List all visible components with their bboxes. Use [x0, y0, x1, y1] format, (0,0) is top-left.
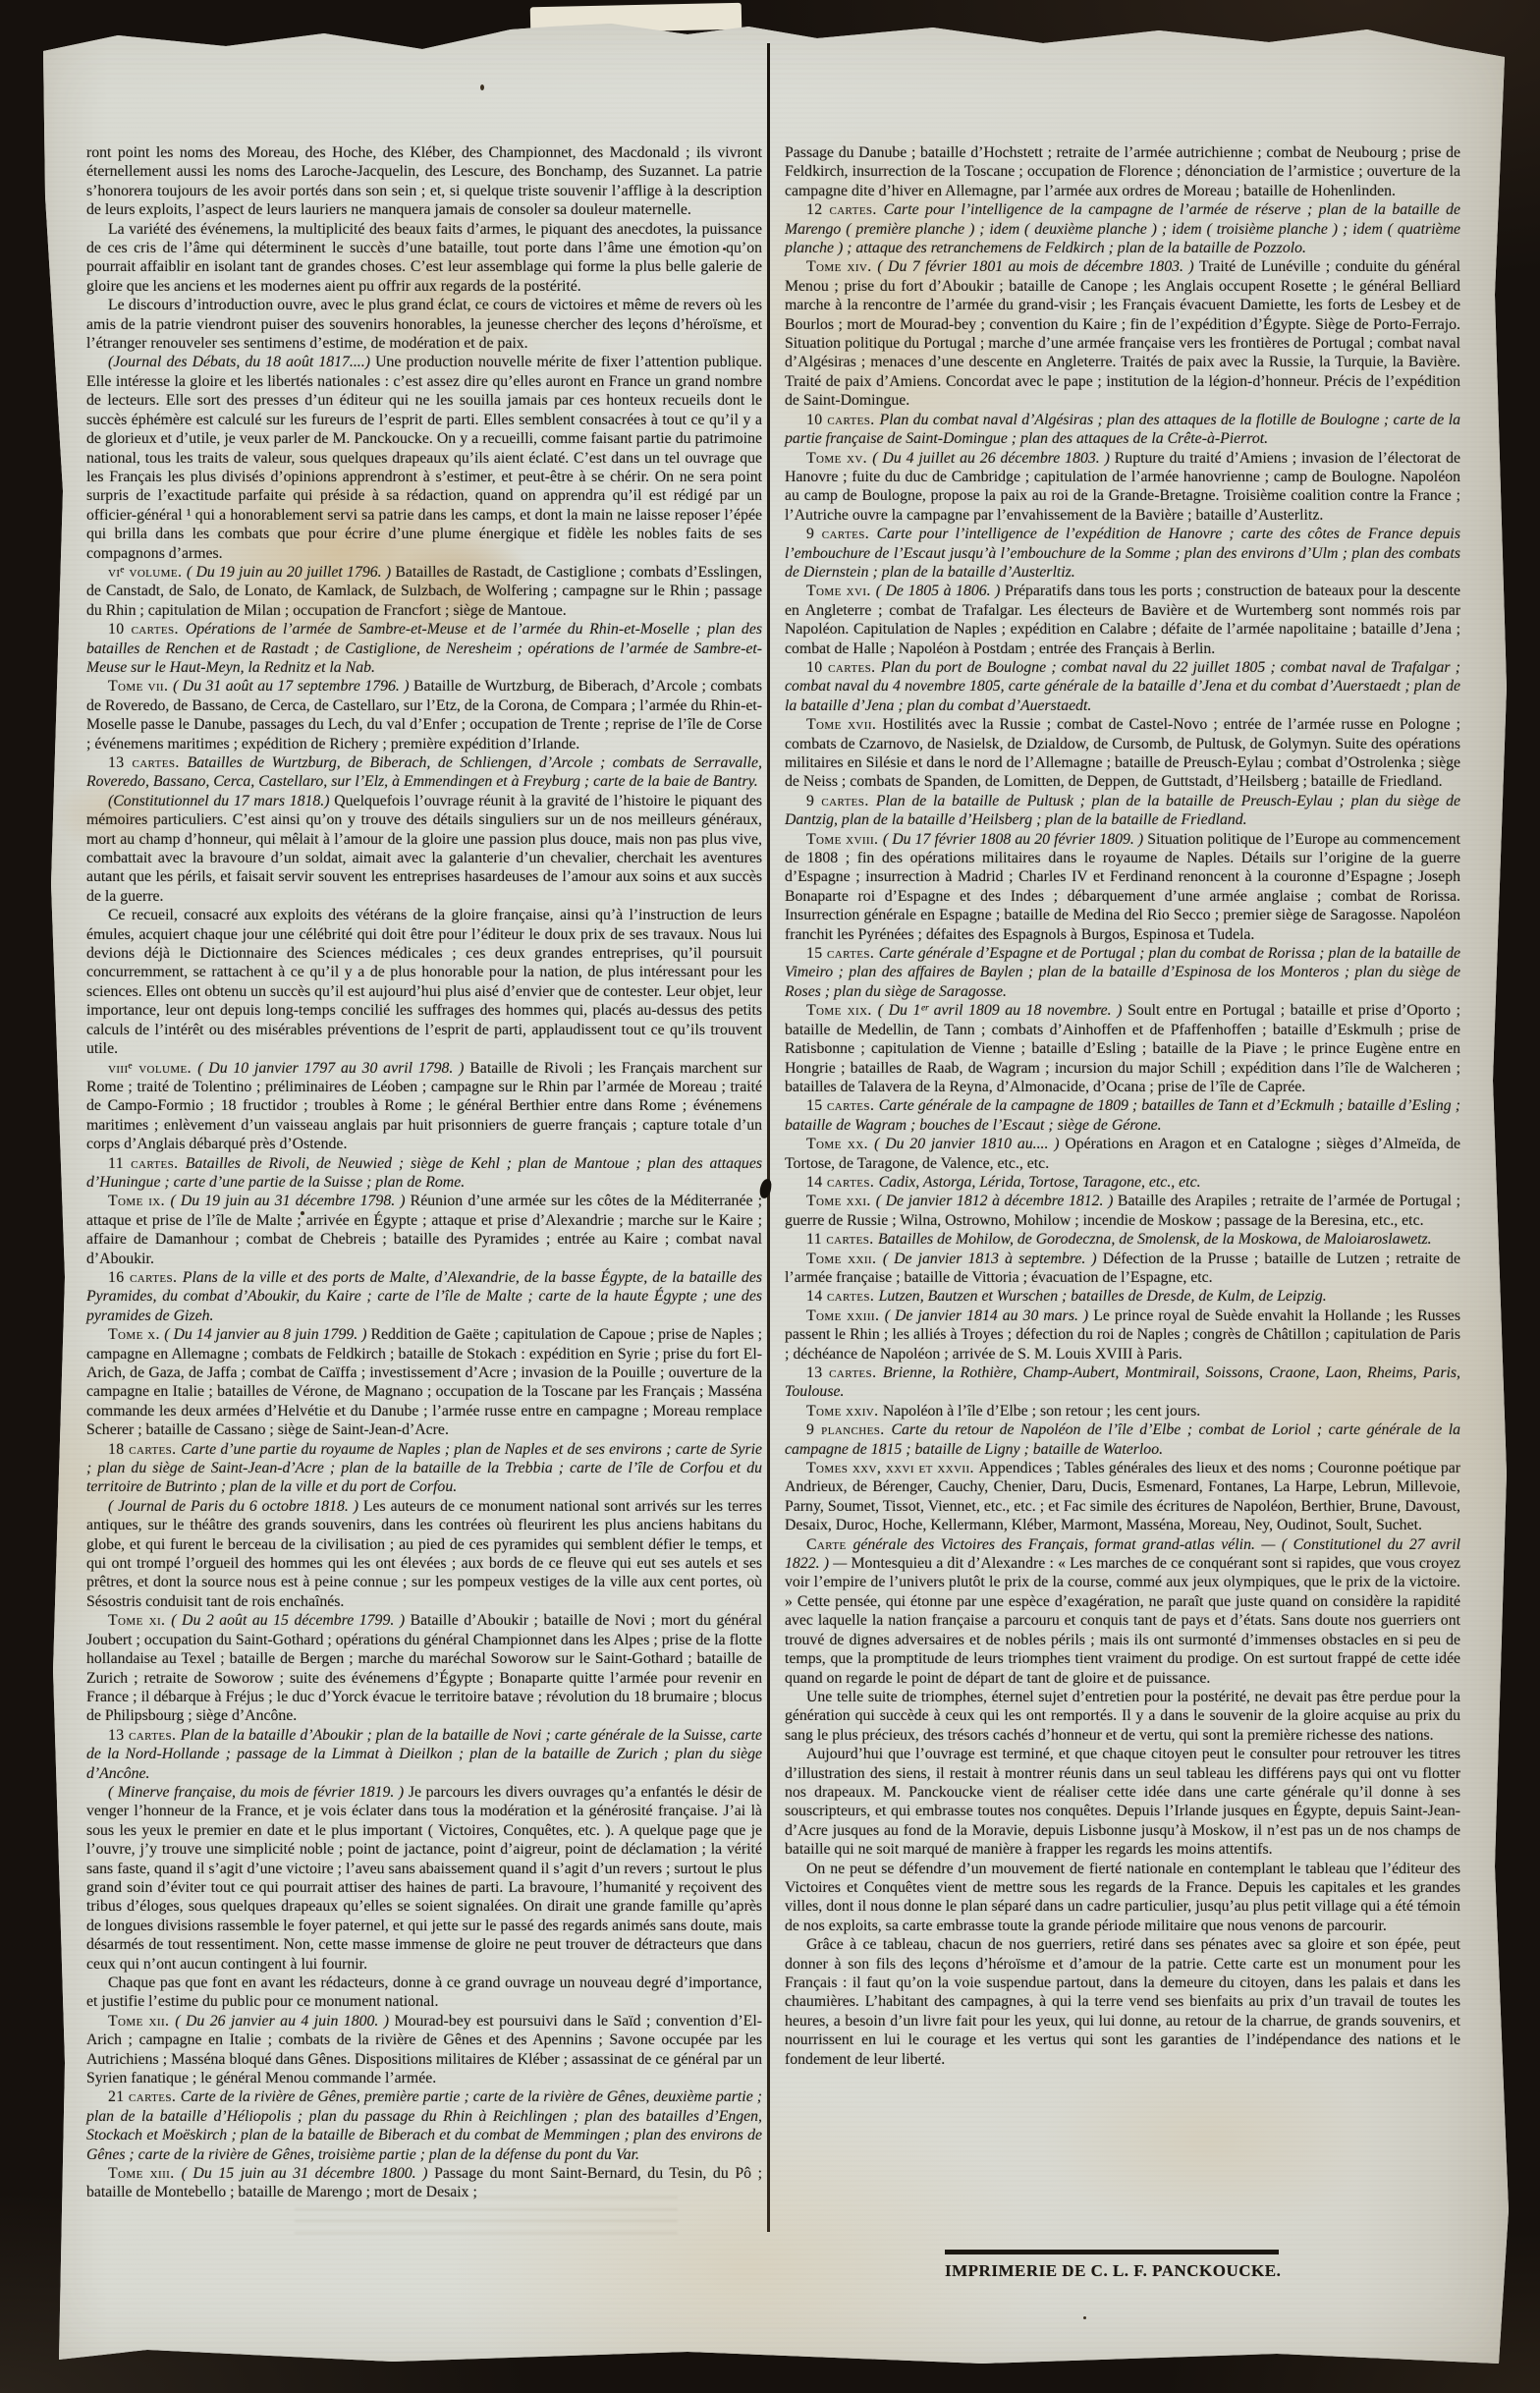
- paragraph: Tome xii.( Du 26 janvier au 4 juin 1800.…: [86, 2012, 762, 2088]
- paragraph: 10 cartes.Opérations de l’armée de Sambr…: [86, 620, 762, 677]
- paragraph-citation: ( Journal de Paris du 6 octobre 1818. ): [108, 1498, 363, 1515]
- paper-speck: [301, 1211, 304, 1215]
- paragraph: (Journal des Débats, du 18 août 1817....…: [86, 353, 762, 562]
- paragraph-lead: Tome xvii.: [806, 716, 883, 733]
- paragraph-lead: Tome xiii.: [108, 2165, 182, 2182]
- paragraph-lead: 14 cartes.: [806, 1174, 879, 1191]
- scanned-document-background: { "document": { "colors": { "paper": "#d…: [0, 0, 1540, 2393]
- paragraph-lead: 15 cartes.: [806, 1097, 879, 1114]
- paragraph: La variété des événemens, la multiplicit…: [86, 220, 762, 297]
- paragraph: Grâce à ce tableau, chacun de nos guerri…: [785, 1935, 1460, 2069]
- paragraph-citation: (Journal des Débats, du 18 août 1817....…: [108, 354, 375, 370]
- paragraph-citation: ( Du 26 janvier au 4 juin 1800. ): [175, 2013, 394, 2030]
- paragraph-lead: 14 cartes.: [806, 1288, 879, 1305]
- paragraph-citation: ( Du 10 janvier 1797 au 30 avril 1798. ): [197, 1060, 469, 1077]
- paragraph-lead: Tome xv.: [806, 450, 872, 467]
- paragraph-body: ront point les noms des Moreau, des Hoch…: [86, 144, 762, 218]
- paragraph-lead: 13 cartes.: [108, 1727, 181, 1744]
- paragraph: 10 cartes.Plan du port de Boulogne ; com…: [785, 658, 1460, 715]
- paragraph-citation: ( Du 1ᵉʳ avril 1809 au 18 novembre. ): [878, 1002, 1127, 1019]
- paragraph: ( Journal de Paris du 6 octobre 1818. )L…: [86, 1497, 762, 1611]
- paragraph-citation: ( De 1805 à 1806. ): [876, 583, 1005, 599]
- paragraph: 16 cartes.Plans de la ville et des ports…: [86, 1268, 762, 1325]
- paragraph: 15 cartes.Carte générale d’Espagne et de…: [785, 944, 1460, 1001]
- paragraph-lead: Tome x.: [108, 1326, 164, 1343]
- paragraph: Tome xi.( Du 2 août au 15 décembre 1799.…: [86, 1611, 762, 1725]
- paragraph: Tome vii.( Du 31 août au 17 septembre 17…: [86, 677, 762, 753]
- paragraph: ront point les noms des Moreau, des Hoch…: [86, 143, 762, 220]
- paragraph-citation: ( Du 14 janvier au 8 juin 1799. ): [164, 1326, 370, 1343]
- paragraph: Tome ix.( Du 19 juin au 31 décembre 1798…: [86, 1192, 762, 1268]
- paragraph: 14 cartes.Lutzen, Bautzen et Wurschen ; …: [785, 1287, 1460, 1306]
- paragraph-citation: ( De janvier 1814 au 30 mars. ): [885, 1308, 1093, 1324]
- paragraph-citation: ( De janvier 1813 à septembre. ): [883, 1251, 1103, 1267]
- paragraph-lead: Tome xiv.: [806, 258, 877, 275]
- newspaper-page: ront point les noms des Moreau, des Hoch…: [0, 0, 1540, 2393]
- paragraph-lead: 10 cartes.: [806, 659, 881, 676]
- paragraph: Cartegénérale des Victoires des Français…: [785, 1535, 1460, 1688]
- printer-imprint: IMPRIMERIE DE C. L. F. PANCKOUCKE.: [945, 2250, 1279, 2281]
- paragraph-lead: 15 cartes.: [806, 945, 879, 962]
- paragraph: Chaque pas que font en avant les rédacte…: [86, 1974, 762, 2012]
- column-divider-rule: [767, 43, 770, 2232]
- paragraph-body: La variété des événemens, la multiplicit…: [86, 221, 762, 295]
- paragraph-body: Batailles de Wurtzburg, de Biberach, de …: [86, 754, 762, 790]
- paper-speck: [480, 84, 484, 90]
- paragraph: 13 cartes.Plan de la bataille d’Aboukir …: [86, 1726, 762, 1783]
- paragraph-lead: 21 cartes.: [108, 2088, 181, 2105]
- paragraph-citation: ( Du 15 juin au 31 décembre 1800. ): [182, 2165, 435, 2182]
- paragraph-lead: 9 cartes.: [806, 793, 876, 809]
- right-text-column: Passage du Danube ; bataille d’Hochstett…: [785, 143, 1460, 2069]
- paragraph: Tome xxi.( De janvier 1812 à décembre 18…: [785, 1192, 1460, 1230]
- paragraph-body: Plans de la ville et des ports de Malte,…: [86, 1269, 762, 1324]
- paragraph: 11 cartes.Batailles de Mohilow, de Gorod…: [785, 1230, 1460, 1249]
- paragraph-body: Plan du combat naval d’Algésiras ; plan …: [785, 412, 1460, 447]
- paragraph-lead: 10 cartes.: [108, 621, 186, 638]
- paragraph-body: Carte pour l’intelligence de l’expéditio…: [785, 526, 1460, 581]
- paragraph-lead: 13 cartes.: [806, 1364, 883, 1381]
- paragraph: 15 cartes.Carte générale de la campagne …: [785, 1096, 1460, 1135]
- paragraph: Tome xv.( Du 4 juillet au 26 décembre 18…: [785, 449, 1460, 526]
- paragraph: 12 cartes.Carte pour l’intelligence de l…: [785, 200, 1460, 257]
- paragraph: Tome xiv.( Du 7 février 1801 au mois de …: [785, 257, 1460, 410]
- paragraph-citation: ( Du 19 juin au 31 décembre 1798. ): [170, 1193, 410, 1209]
- paragraph-body: Chaque pas que font en avant les rédacte…: [86, 1975, 762, 2010]
- paragraph: Tome xvi.( De 1805 à 1806. )Préparatifs …: [785, 582, 1460, 658]
- paragraph-body: Traité de Lunéville ; conduite du généra…: [785, 258, 1460, 409]
- paragraph-lead: Tome xxi.: [806, 1193, 876, 1209]
- paragraph-lead: Carte: [806, 1536, 852, 1553]
- paragraph: 11 cartes.Batailles de Rivoli, de Neuwie…: [86, 1154, 762, 1193]
- paragraph-body: On ne peut se défendre d’un mouvement de…: [785, 1861, 1460, 1934]
- paragraph-lead: Tome xviii.: [806, 831, 883, 848]
- paragraph-lead: Tome vii.: [108, 678, 173, 695]
- paragraph-body: Lutzen, Bautzen et Wurschen ; batailles …: [879, 1288, 1327, 1305]
- paragraph: 9 cartes.Plan de la bataille de Pultusk …: [785, 792, 1460, 830]
- paragraph-body: Napoléon à l’île d’Elbe ; son retour ; l…: [883, 1403, 1200, 1419]
- paragraph: ( Minerve française, du mois de février …: [86, 1783, 762, 1974]
- paragraph-body: Cadix, Astorga, Lérida, Tortose, Taragon…: [879, 1174, 1201, 1191]
- imprint-text: IMPRIMERIE DE C. L. F. PANCKOUCKE.: [945, 2261, 1279, 2281]
- paragraph-body: Batailles de Mohilow, de Gorodeczna, de …: [878, 1231, 1432, 1248]
- paragraph: Tome xxiii.( De janvier 1814 au 30 mars.…: [785, 1307, 1460, 1363]
- paragraph: 14 cartes.Cadix, Astorga, Lérida, Tortos…: [785, 1173, 1460, 1192]
- paragraph-lead: Tome xvi.: [806, 583, 876, 599]
- paragraph: On ne peut se défendre d’un mouvement de…: [785, 1860, 1460, 1936]
- paragraph-lead: viiiᵉ volume.: [108, 1060, 197, 1077]
- paragraph-lead: 11 cartes.: [108, 1155, 186, 1172]
- paragraph-lead: Tome xi.: [108, 1612, 171, 1629]
- paragraph: Tomes xxv, xxvi et xxvii.Appendices ; Ta…: [785, 1459, 1460, 1535]
- paragraph-citation: (Constitutionnel du 17 mars 1818.): [108, 793, 334, 809]
- paragraph-lead: 11 cartes.: [806, 1231, 878, 1248]
- paragraph-body: Passage du Danube ; bataille d’Hochstett…: [785, 144, 1460, 199]
- paragraph: Une telle suite de triomphes, éternel su…: [785, 1688, 1460, 1745]
- paragraph-lead: Tomes xxv, xxvi et xxvii.: [806, 1460, 979, 1476]
- paragraph-citation: ( De janvier 1812 à décembre 1812. ): [876, 1193, 1118, 1209]
- paragraph-citation: ( Du 31 août au 17 septembre 1796. ): [173, 678, 413, 695]
- paragraph: Ce recueil, consacré aux exploits des vé…: [86, 906, 762, 1058]
- paragraph-body: Carte générale d’Espagne et de Portugal …: [785, 945, 1460, 1000]
- paragraph-body: Ce recueil, consacré aux exploits des vé…: [86, 907, 762, 1057]
- show-through-ghost-text: [295, 2189, 678, 2234]
- paragraph-body: Plan de la bataille de Pultusk ; plan de…: [785, 793, 1460, 828]
- paragraph-body: Carte d’une partie du royaume de Naples …: [86, 1441, 762, 1496]
- paper-speck: [1083, 2316, 1086, 2319]
- paragraph: Passage du Danube ; bataille d’Hochstett…: [785, 143, 1460, 200]
- paragraph-body: Brienne, la Rothière, Champ-Aubert, Mont…: [785, 1364, 1460, 1400]
- paragraph-citation: ( Du 19 juin au 20 juillet 1796. ): [187, 564, 395, 581]
- paragraph-lead: Tome xxiii.: [806, 1308, 885, 1324]
- paragraph-citation: ( Du 17 février 1808 au 20 février 1809.…: [883, 831, 1147, 848]
- paragraph: Le discours d’introduction ouvre, avec l…: [86, 296, 762, 353]
- paragraph-body: Bataille d’Aboukir ; bataille de Novi ; …: [86, 1612, 762, 1724]
- paragraph: viiiᵉ volume.( Du 10 janvier 1797 au 30 …: [86, 1059, 762, 1154]
- paragraph: 13 cartes.Batailles de Wurtzburg, de Bib…: [86, 753, 762, 792]
- paragraph-body: Batailles de Rivoli, de Neuwied ; siège …: [86, 1155, 762, 1191]
- paragraph-lead: Tome xxii.: [806, 1251, 883, 1267]
- paragraph-body: Carte de la rivière de Gênes, première p…: [86, 2088, 762, 2162]
- paragraph-citation: ( Du 7 février 1801 au mois de décembre …: [877, 258, 1199, 275]
- paragraph-body: Plan de la bataille d’Aboukir ; plan de …: [86, 1727, 762, 1782]
- paragraph-lead: 10 cartes.: [806, 412, 879, 428]
- paragraph-lead: viᵉ volume.: [108, 564, 187, 581]
- paragraph-body: Aujourd’hui que l’ouvrage est terminé, e…: [785, 1746, 1460, 1858]
- paragraph-lead: 12 cartes.: [806, 201, 884, 218]
- imprint-rule: [945, 2250, 1279, 2254]
- paragraph-lead: 16 cartes.: [108, 1269, 183, 1286]
- paragraph-body: Le discours d’introduction ouvre, avec l…: [86, 297, 762, 352]
- paragraph-lead: Tome xix.: [806, 1002, 878, 1019]
- paragraph: Tome xxiv.Napoléon à l’île d’Elbe ; son …: [785, 1402, 1460, 1420]
- paragraph: Tome x.( Du 14 janvier au 8 juin 1799. )…: [86, 1325, 762, 1439]
- paragraph: 9 planches.Carte du retour de Napoléon d…: [785, 1420, 1460, 1459]
- paragraph-body: Reddition de Gaëte ; capitulation de Cap…: [86, 1326, 762, 1438]
- left-text-column: ront point les noms des Moreau, des Hoch…: [86, 143, 762, 2202]
- paragraph-body: Carte pour l’intelligence de la campagne…: [785, 201, 1460, 256]
- paragraph-lead: 18 cartes.: [108, 1441, 181, 1458]
- paragraph: 10 cartes.Plan du combat naval d’Algésir…: [785, 411, 1460, 449]
- paragraph: Tome xviii.( Du 17 février 1808 au 20 fé…: [785, 830, 1460, 944]
- paragraph-lead: 9 planches.: [806, 1421, 891, 1438]
- paragraph: Tome xxii.( De janvier 1813 à septembre.…: [785, 1250, 1460, 1288]
- paper-speck: [723, 248, 726, 250]
- paragraph-citation: ( Minerve française, du mois de février …: [108, 1784, 409, 1801]
- paragraph-lead: 9 cartes.: [806, 526, 877, 542]
- paragraph-lead: Tome xx.: [806, 1136, 874, 1152]
- paragraph-body: Montesquieu a dit d’Alexandre : « Les ma…: [785, 1555, 1460, 1686]
- paragraph-body: Une production nouvelle mérite de fixer …: [86, 354, 762, 561]
- paragraph-body: Grâce à ce tableau, chacun de nos guerri…: [785, 1936, 1460, 2067]
- paragraph: 9 cartes.Carte pour l’intelligence de l’…: [785, 525, 1460, 582]
- paragraph-citation: ( Du 2 août au 15 décembre 1799. ): [171, 1612, 410, 1629]
- paragraph: (Constitutionnel du 17 mars 1818.)Quelqu…: [86, 792, 762, 906]
- paragraph-citation: ( Du 4 juillet au 26 décembre 1803. ): [872, 450, 1114, 467]
- paragraph-lead: Tome xxiv.: [806, 1403, 883, 1419]
- paragraph-citation: ( Du 20 janvier 1810 au.... ): [874, 1136, 1065, 1152]
- paragraph: 21 cartes.Carte de la rivière de Gênes, …: [86, 2087, 762, 2164]
- paragraph-body: Plan du port de Boulogne ; combat naval …: [785, 659, 1460, 714]
- paragraph-body: Carte générale de la campagne de 1809 ; …: [785, 1097, 1460, 1133]
- paragraph: 13 cartes.Brienne, la Rothière, Champ-Au…: [785, 1363, 1460, 1402]
- paragraph: Tome xix.( Du 1ᵉʳ avril 1809 au 18 novem…: [785, 1001, 1460, 1096]
- paragraph-lead: Tome ix.: [108, 1193, 170, 1209]
- paragraph-body: Une telle suite de triomphes, éternel su…: [785, 1689, 1460, 1744]
- paragraph: Tome xx.( Du 20 janvier 1810 au.... )Opé…: [785, 1135, 1460, 1173]
- paragraph: Tome xvii.Hostilités avec la Russie ; co…: [785, 715, 1460, 792]
- paragraph: Aujourd’hui que l’ouvrage est terminé, e…: [785, 1745, 1460, 1859]
- paragraph: 18 cartes.Carte d’une partie du royaume …: [86, 1440, 762, 1497]
- paragraph: viᵉ volume.( Du 19 juin au 20 juillet 17…: [86, 563, 762, 620]
- paragraph-body: Je parcours les divers ouvrages qu’a enf…: [86, 1784, 762, 1973]
- paragraph-lead: Tome xii.: [108, 2013, 175, 2030]
- paragraph-body: Hostilités avec la Russie ; combat de Ca…: [785, 716, 1460, 790]
- paragraph-body: Opérations de l’armée de Sambre-et-Meuse…: [86, 621, 762, 676]
- paragraph-lead: 13 cartes.: [108, 754, 188, 771]
